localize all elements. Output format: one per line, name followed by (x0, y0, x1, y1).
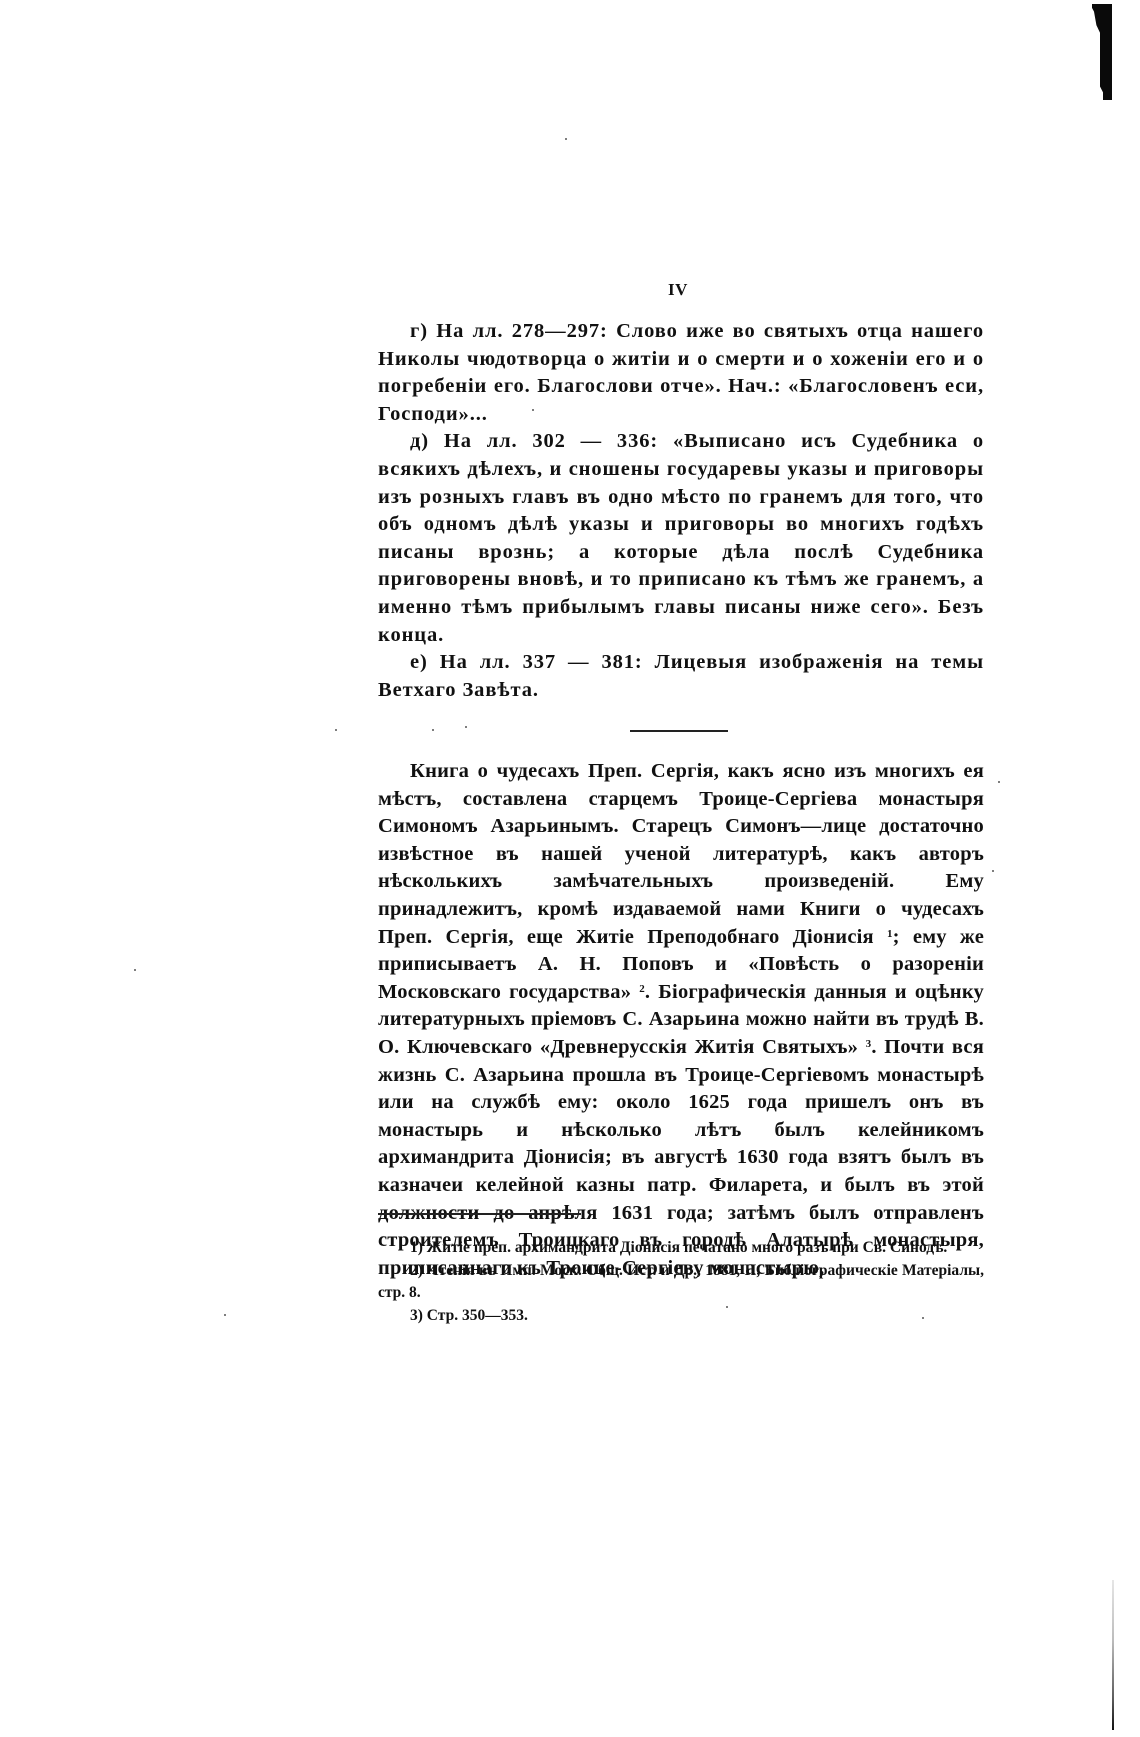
footnote-2: 2) Чтенія въ Имп. Моск. Общ. Ист. и Др.,… (378, 1260, 984, 1305)
footnote-1: 1) Житіе преп. архимандрита Діонисія печ… (378, 1237, 984, 1260)
body-paragraph: Книга о чудесахъ Преп. Сергія, какъ ясно… (378, 758, 984, 1282)
list-item-g: г) На лл. 278—297: Слово иже во святыхъ … (378, 318, 984, 428)
list-item-e: е) На лл. 337 — 381: Лицевыя изображенія… (378, 649, 984, 704)
list-item-d: д) На лл. 302 — 336: «Выписано исъ Судеб… (378, 428, 984, 649)
scan-speck (532, 409, 534, 411)
footnote-text: Чтенія въ Имп. Моск. Общ. Ист. и Др., 18… (378, 1262, 984, 1302)
scan-speck (134, 969, 136, 971)
paragraph-azaryin: Книга о чудесахъ Преп. Сергія, какъ ясно… (378, 758, 984, 1282)
scan-corner-mark (1092, 4, 1112, 100)
scan-speck (922, 1317, 924, 1319)
footnote-marker: 1) (410, 1239, 423, 1256)
scan-speck (432, 729, 434, 731)
section-divider (630, 730, 728, 732)
scan-speck (335, 729, 337, 731)
scan-speck (998, 781, 1000, 783)
scanned-page: IV г) На лл. 278—297: Слово иже во святы… (0, 0, 1140, 1737)
scan-speck (565, 138, 567, 140)
scan-speck (224, 1314, 226, 1316)
footnote-rule (378, 1213, 581, 1215)
scan-speck (726, 1306, 728, 1308)
text-segment: Книга о чудесахъ Преп. Сергія, какъ ясно… (378, 760, 984, 948)
page-number: IV (668, 280, 688, 300)
footnote-marker: 3) (410, 1307, 423, 1324)
footnote-3: 3) Стр. 350—353. (378, 1305, 984, 1328)
footnote-marker: 2) (410, 1262, 423, 1279)
footnote-text: Житіе преп. архимандрита Діонисія печата… (423, 1239, 947, 1256)
scan-edge-line (1112, 1580, 1114, 1730)
manuscript-contents-list: г) На лл. 278—297: Слово иже во святыхъ … (378, 318, 984, 704)
scan-speck (992, 870, 994, 872)
scan-speck (465, 726, 467, 728)
footnote-text: Стр. 350—353. (423, 1307, 528, 1324)
footnotes: 1) Житіе преп. архимандрита Діонисія печ… (378, 1237, 984, 1327)
